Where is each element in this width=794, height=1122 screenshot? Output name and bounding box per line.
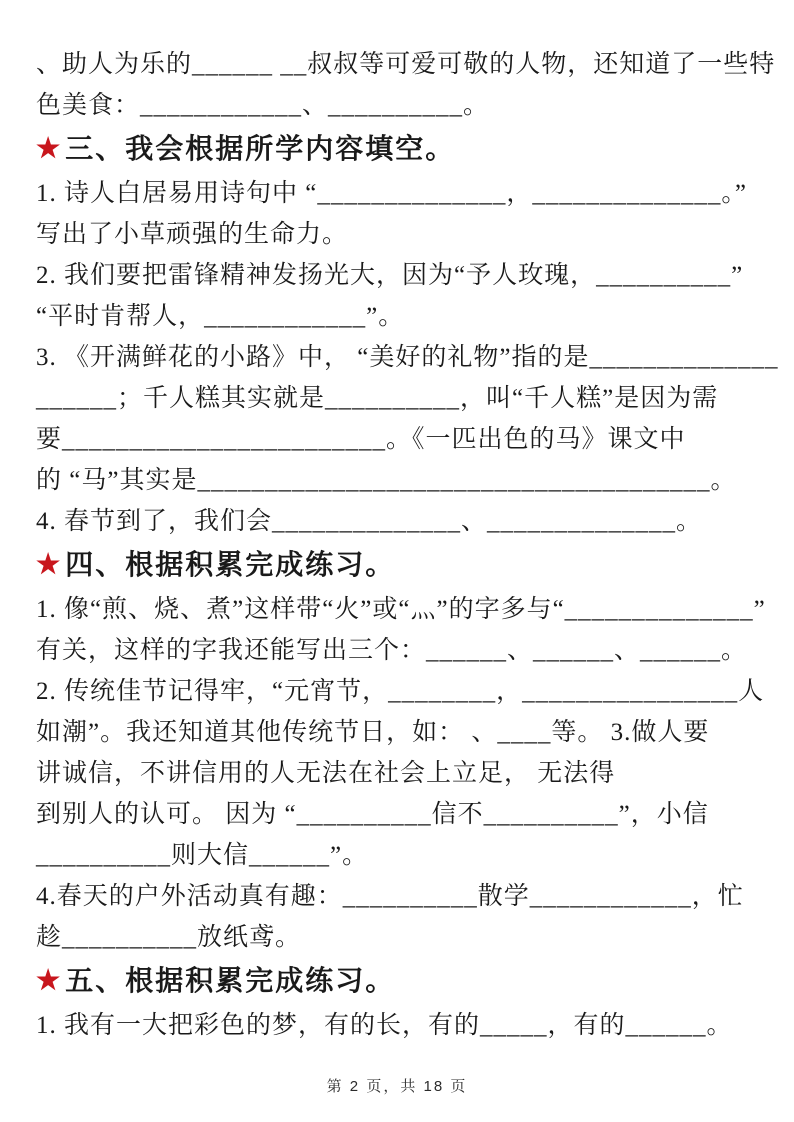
line-text: 三、我会根据所学内容填空。 xyxy=(65,134,455,165)
text-line: 、助人为乐的______ __叔叔等可爱可敬的人物，还知道了一些特 xyxy=(36,44,782,85)
line-text: 要________________________。《一匹出色的马》课文中 xyxy=(36,426,686,453)
text-line: 讲诚信，不讲信用的人无法在社会上立足， 无法得 xyxy=(36,753,782,794)
star-icon: ★ xyxy=(36,541,62,588)
text-line: ______；千人糕其实就是__________，叫“千人糕”是因为需 xyxy=(36,378,782,419)
text-line: 1. 像“煎、烧、煮”这样带“火”或“灬”的字多与“______________… xyxy=(36,589,782,630)
line-text: 到别人的认可。 因为 “__________信不__________”，小信 xyxy=(36,801,709,828)
text-line: 要________________________。《一匹出色的马》课文中 xyxy=(36,419,782,460)
line-text: 4. 春节到了，我们会______________、______________… xyxy=(36,508,702,535)
document-body: 、助人为乐的______ __叔叔等可爱可敬的人物，还知道了一些特色美食：___… xyxy=(36,44,782,1046)
line-text: 讲诚信，不讲信用的人无法在社会上立足， 无法得 xyxy=(36,760,615,787)
text-line: 2. 传统佳节记得牢，“元宵节，________，_______________… xyxy=(36,671,782,712)
text-line: 4. 春节到了，我们会______________、______________… xyxy=(36,501,782,542)
line-text: 有关，这样的字我还能写出三个：______、______、______。 xyxy=(36,637,747,664)
line-text: 趁__________放纸鸢。 xyxy=(36,924,301,951)
text-line: 4.春天的户外活动真有趣：__________散学____________，忙 xyxy=(36,876,782,917)
section-heading: ★三、我会根据所学内容填空。 xyxy=(36,126,782,173)
text-line: 3. 《开满鲜花的小路》中， “美好的礼物”指的是______________ xyxy=(36,337,782,378)
worksheet-page: 、助人为乐的______ __叔叔等可爱可敬的人物，还知道了一些特色美食：___… xyxy=(0,0,794,1122)
text-line: 到别人的认可。 因为 “__________信不__________”，小信 xyxy=(36,794,782,835)
text-line: __________则大信______”。 xyxy=(36,835,782,876)
line-text: 的 “马”其实是________________________________… xyxy=(36,467,736,494)
line-text: 五、根据积累完成练习。 xyxy=(65,966,395,997)
section-heading: ★四、根据积累完成练习。 xyxy=(36,542,782,589)
line-text: 、助人为乐的______ __叔叔等可爱可敬的人物，还知道了一些特 xyxy=(36,51,775,78)
text-line: 趁__________放纸鸢。 xyxy=(36,917,782,958)
line-text: 1. 诗人白居易用诗句中 “______________，___________… xyxy=(36,180,747,207)
line-text: 1. 我有一大把彩色的梦，有的长，有的_____，有的______。 xyxy=(36,1012,733,1039)
line-text: 如潮”。我还知道其他传统节日，如： 、____等。 3.做人要 xyxy=(36,719,709,746)
line-text: “平时肯帮人，____________”。 xyxy=(36,303,404,330)
line-text: ______；千人糕其实就是__________，叫“千人糕”是因为需 xyxy=(36,385,718,412)
line-text: 2. 我们要把雷锋精神发扬光大，因为“予人玫瑰，__________” xyxy=(36,262,743,289)
page-number: 第 2 页，共 18 页 xyxy=(0,1075,794,1096)
star-icon: ★ xyxy=(36,125,62,172)
text-line: 如潮”。我还知道其他传统节日，如： 、____等。 3.做人要 xyxy=(36,712,782,753)
text-line: “平时肯帮人，____________”。 xyxy=(36,296,782,337)
line-text: 4.春天的户外活动真有趣：__________散学____________，忙 xyxy=(36,883,744,910)
line-text: 色美食：____________、__________。 xyxy=(36,92,489,119)
line-text: 1. 像“煎、烧、煮”这样带“火”或“灬”的字多与“______________… xyxy=(36,596,766,623)
line-text: __________则大信______”。 xyxy=(36,842,368,869)
line-text: 四、根据积累完成练习。 xyxy=(65,550,395,581)
text-line: 有关，这样的字我还能写出三个：______、______、______。 xyxy=(36,630,782,671)
text-line: 1. 诗人白居易用诗句中 “______________，___________… xyxy=(36,173,782,214)
line-text: 写出了小草顽强的生命力。 xyxy=(36,221,348,248)
line-text: 3. 《开满鲜花的小路》中， “美好的礼物”指的是______________ xyxy=(36,344,778,371)
section-heading: ★五、根据积累完成练习。 xyxy=(36,958,782,1005)
text-line: 写出了小草顽强的生命力。 xyxy=(36,214,782,255)
text-line: 的 “马”其实是________________________________… xyxy=(36,460,782,501)
text-line: 色美食：____________、__________。 xyxy=(36,85,782,126)
text-line: 1. 我有一大把彩色的梦，有的长，有的_____，有的______。 xyxy=(36,1005,782,1046)
text-line: 2. 我们要把雷锋精神发扬光大，因为“予人玫瑰，__________” xyxy=(36,255,782,296)
star-icon: ★ xyxy=(36,957,62,1004)
line-text: 2. 传统佳节记得牢，“元宵节，________，_______________… xyxy=(36,678,764,705)
